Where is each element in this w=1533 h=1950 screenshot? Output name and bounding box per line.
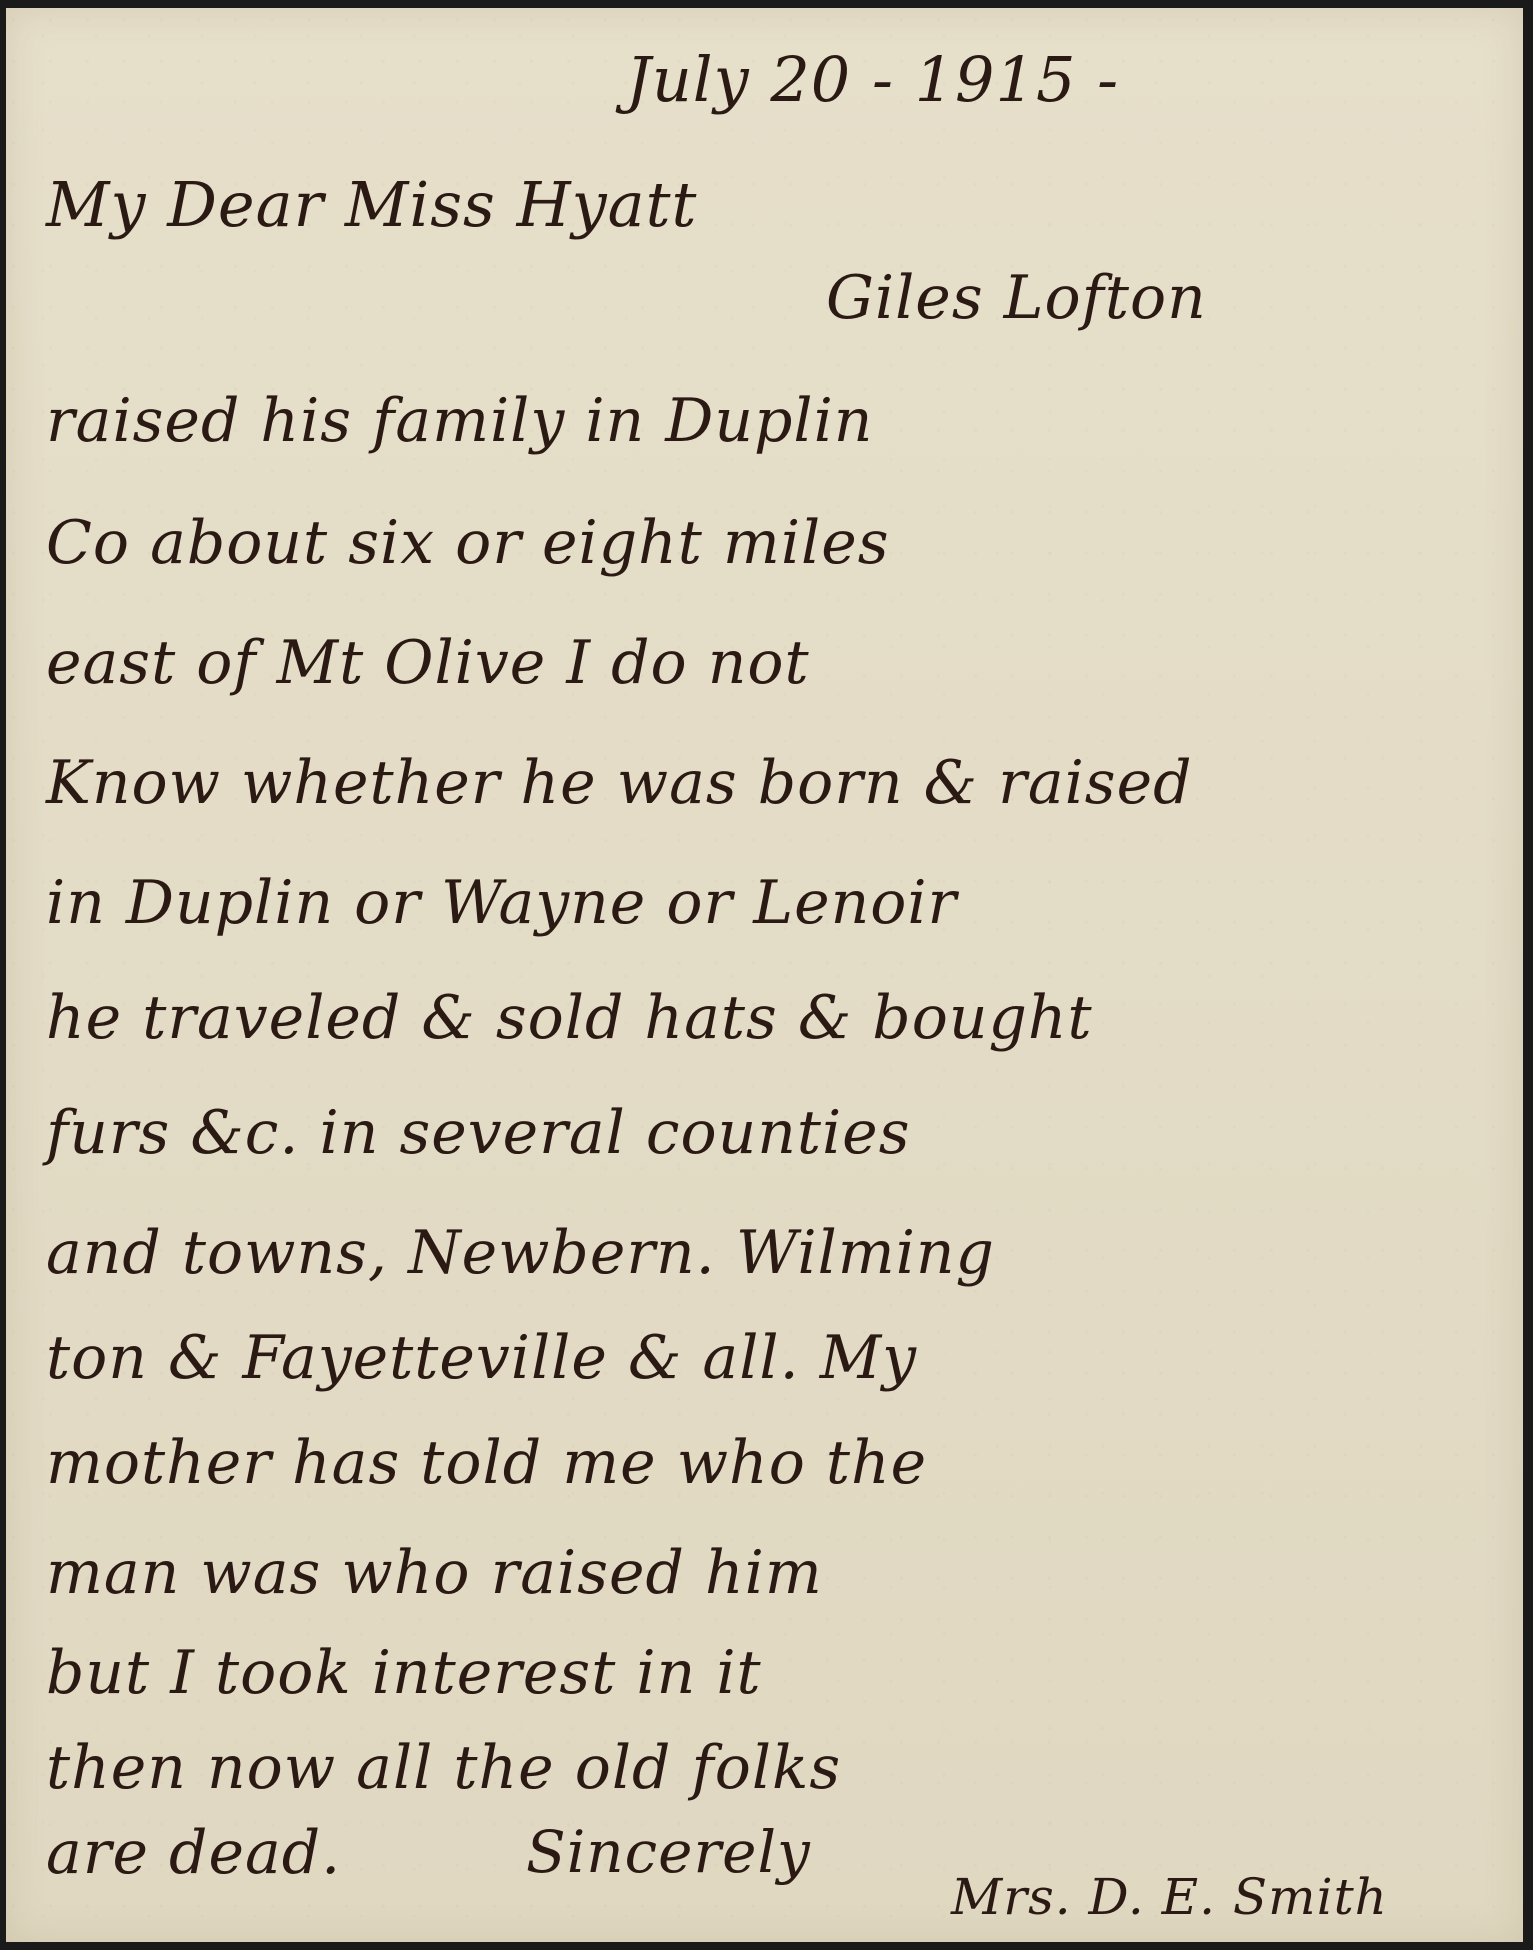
body-line: Giles Lofton (826, 263, 1207, 333)
body-line: furs &c. in several counties (46, 1098, 910, 1168)
body-line: raised his family in Duplin (46, 386, 873, 456)
body-line: in Duplin or Wayne or Lenoir (46, 868, 957, 938)
body-line: but I took interest in it (46, 1638, 762, 1708)
letter-date: July 20 - 1915 - (626, 43, 1119, 116)
body-line: ton & Fayetteville & all. My (46, 1323, 917, 1393)
body-line: are dead. (46, 1818, 341, 1888)
body-line: then now all the old folks (46, 1733, 841, 1803)
body-line: mother has told me who the (46, 1428, 927, 1498)
body-line: and towns, Newbern. Wilming (46, 1218, 995, 1288)
body-line: Know whether he was born & raised (46, 748, 1193, 818)
letter-salutation: My Dear Miss Hyatt (46, 168, 697, 241)
letter-closing: Sincerely (526, 1818, 811, 1886)
letter-signature: Mrs. D. E. Smith (951, 1868, 1388, 1926)
body-line: Co about six or eight miles (46, 508, 890, 578)
body-line: man was who raised him (46, 1538, 823, 1608)
body-line: east of Mt Olive I do not (46, 628, 810, 698)
letter-page: July 20 - 1915 - My Dear Miss Hyatt Gile… (6, 8, 1523, 1942)
body-line: he traveled & sold hats & bought (46, 983, 1093, 1053)
